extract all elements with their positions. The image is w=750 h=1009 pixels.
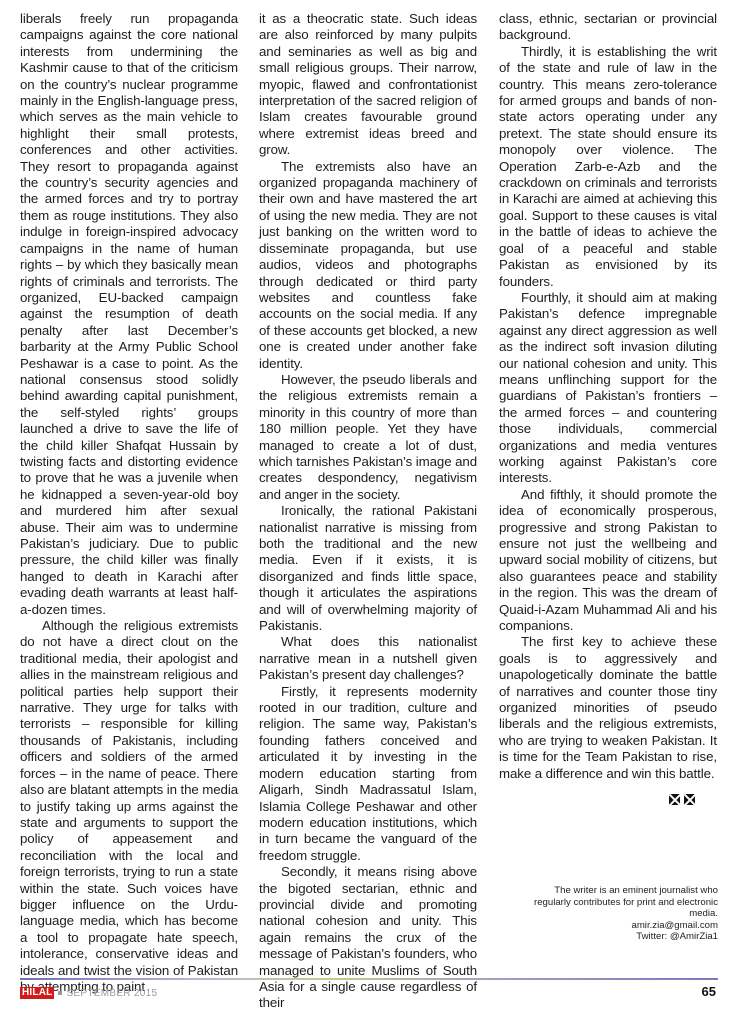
paragraph: The first key to achieve these goals is … [499,634,717,782]
paragraph: Ironically, the rational Pakistani natio… [259,503,477,634]
article-column-1: liberals freely run propaganda campaigns… [20,11,238,995]
author-twitter: Twitter: @AmirZia1 [488,931,718,943]
article-column-2: it as a theocratic state. Such ideas are… [259,11,477,1009]
paragraph: liberals freely run propaganda campaigns… [20,11,238,618]
paragraph: And fifthly, it should promote the idea … [499,487,717,635]
paragraph: Thirdly, it is establishing the writ of … [499,44,717,290]
paragraph: What does this nationalist narrative mea… [259,634,477,683]
article-column-3: class, ethnic, sectarian or provincial b… [499,11,717,805]
author-bio-line: regularly contributes for print and elec… [488,897,718,909]
paragraph: it as a theocratic state. Such ideas are… [259,11,477,159]
separator-square-icon [58,991,62,995]
paragraph: Although the religious extremists do not… [20,618,238,995]
magazine-logo: HILAL [20,987,54,999]
issue-date: SEPTEMBER 2015 [66,988,157,999]
cross-box-icon [669,794,680,805]
author-email: amir.zia@gmail.com [488,920,718,932]
paragraph: class, ethnic, sectarian or provincial b… [499,11,717,44]
author-bio-line: The writer is an eminent journalist who [488,885,718,897]
cross-box-icon [684,794,695,805]
author-bio-line: media. [488,908,718,920]
paragraph: Secondly, it means rising above the bigo… [259,864,477,1009]
footer-divider [20,978,718,980]
footer-masthead: HILAL SEPTEMBER 2015 [20,987,157,999]
paragraph: The extremists also have an organized pr… [259,159,477,372]
page-number: 65 [702,984,716,999]
paragraph: Fourthly, it should aim at making Pakist… [499,290,717,487]
paragraph: However, the pseudo liberals and the rel… [259,372,477,503]
paragraph: Firstly, it represents modernity rooted … [259,684,477,864]
author-note: The writer is an eminent journalist who … [488,885,718,943]
end-of-article-mark-icon [499,794,717,805]
